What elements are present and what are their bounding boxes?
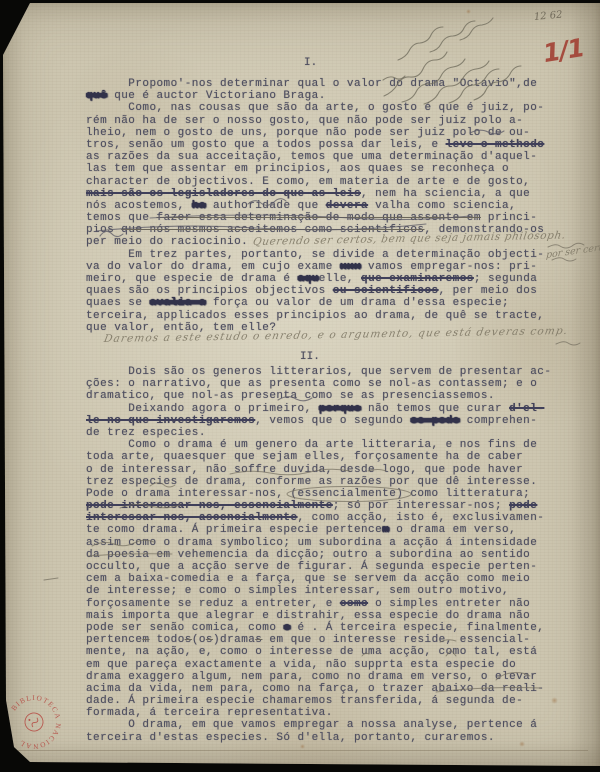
typed-text: rém não ha de ser o nosso gosto, que não…	[86, 115, 523, 127]
typed-text: per meio do raciocinio.	[86, 236, 248, 248]
typed-text: Dois são os generos litterarios, que ser…	[86, 366, 551, 378]
typed-text: te como drama. Á primeira especie perten…	[86, 524, 382, 536]
typed-text: dramatico, que nol-as presenta como se a…	[86, 390, 495, 402]
typed-line: assim como o drama symbolico; um subordi…	[86, 537, 566, 549]
typed-line: Como, nas cousas que são da arte, o gost…	[86, 102, 566, 114]
typed-line: Pode o drama interessar-nos, (essencialm…	[86, 488, 566, 500]
typed-text: toda arte, quaesquer que sejam elles, fo…	[86, 451, 523, 463]
typed-text: dade. Á primeira especie chamaremos tran…	[86, 695, 523, 707]
typed-line: pode interessar-nos, essencialmente; só …	[86, 500, 566, 512]
typed-text: formada, á terceira representativa.	[86, 707, 333, 719]
typed-line: te como drama. Á primeira especie perten…	[86, 524, 566, 536]
typed-line: forçosamente se reduz a entreter, e como…	[86, 598, 566, 610]
typed-text: meiro, que especie de drama é	[86, 273, 298, 285]
typed-line: rém não ha de ser o nosso gosto, que não…	[86, 115, 566, 127]
typed-line: acima da vida, nem para, como na farça, …	[86, 683, 566, 695]
typed-line: Em trez partes, portanto, se divide a de…	[86, 249, 566, 261]
typed-text: ; segunda	[474, 273, 537, 285]
fold-line	[10, 750, 588, 751]
typed-text: em que o interesse reside, essencial-	[262, 634, 530, 646]
typed-text: , vemos que o segundo	[255, 415, 410, 427]
typed-line: cem a baixa-comedia e a farça, que se se…	[86, 573, 566, 585]
typed-text: va do valor do drama, em cujo exame	[86, 261, 340, 273]
typed-line: Deixando agora o primeiro, porque não te…	[86, 403, 566, 415]
struck-text: le no que investigaremos	[86, 415, 255, 427]
typed-line: nós acostemos, ha authoridade que devera…	[86, 200, 566, 212]
typed-text: pios	[86, 224, 121, 236]
struck-text: que examinaremos	[361, 273, 474, 285]
typed-line: mais são os legisladores do que as leis,…	[86, 188, 566, 200]
overtyped-blot: porque	[319, 403, 361, 415]
typed-text: em que pareça exactamente a vida, não su…	[86, 659, 516, 671]
typed-line: as razões da sua acceitação, temos que u…	[86, 151, 566, 163]
typed-text: quaes são os principios objectivos	[86, 285, 333, 297]
typed-line: interessar-nos, ascencialmente, como acç…	[86, 512, 566, 524]
typed-text: mais importa que alegrar e distrahir, es…	[86, 610, 530, 622]
overtyped-blot: ha	[192, 200, 206, 212]
overtyped-blot: avalia a	[149, 297, 205, 309]
overtyped-blot: aqu	[298, 273, 319, 285]
overtyped-blot: xxx	[340, 261, 361, 273]
struck-text: como	[340, 598, 368, 610]
struck-text: fazer essa determinação de modo que asse…	[157, 212, 481, 224]
typed-text: nós acostemos,	[86, 200, 192, 212]
typed-line: de interesse; e como o simples interessa…	[86, 585, 566, 597]
typed-line: Dois são os generos litterarios, que ser…	[86, 366, 566, 378]
typed-text: pode ser senão comica, como	[86, 622, 283, 634]
typed-text: lheio, nem o gosto de uns, porque não po…	[86, 127, 530, 139]
typed-text: comprehen-	[460, 415, 538, 427]
page-mark-handwritten: 1/1	[541, 33, 586, 68]
scanned-manuscript-page: { "document": { "heading_i": "I.", "head…	[0, 0, 600, 772]
typed-line: ções: o narrativo, que as presenta como …	[86, 378, 566, 390]
typed-line: quaes se avalia a força ou valor de um d…	[86, 297, 566, 309]
typed-text: acima da vida, nem para, como na farça, …	[86, 683, 544, 695]
typed-line: temos que fazer essa determinação de mod…	[86, 212, 566, 224]
typed-text: pertence	[86, 634, 142, 646]
typed-text: todo	[149, 634, 184, 646]
typed-line: occulto, que a acção serve de figurar. Á…	[86, 561, 566, 573]
typed-line: meiro, que especie de drama é aquelle, q…	[86, 273, 566, 285]
typed-line: tros, senão um gosto que a todos possa d…	[86, 139, 566, 151]
typed-line: mente, na ação, e, como o interesse de u…	[86, 646, 566, 658]
typed-text: de trez especies.	[86, 427, 206, 439]
typed-line: de trez especies.	[86, 427, 566, 439]
typed-line: terceira d'estas especies. Só d'ella, po…	[86, 732, 566, 744]
typed-text: Em trez partes, portanto, se divide a de…	[86, 249, 544, 261]
typed-text: temos que	[86, 212, 157, 224]
struck-text: leve o methodo	[446, 139, 545, 151]
typed-line: quê que é auctor Victoriano Braga.	[86, 90, 566, 102]
typed-line: Propomo'-nos determinar qual o valor do …	[86, 78, 566, 90]
typed-text: terceira d'estas especies. Só d'ella, po…	[86, 732, 495, 744]
typed-text: assim como o drama symbolico; um subordi…	[86, 537, 537, 549]
typed-text: as razões da sua acceitação, temos que u…	[86, 151, 537, 163]
typed-text: da poesia em vehemencia da dicção; outro…	[86, 549, 530, 561]
typed-line: em que pareça exactamente a vida, não su…	[86, 659, 566, 671]
section-heading-i: I.	[304, 57, 317, 69]
typed-line: trez especies de drama, conforme as razõ…	[86, 476, 566, 488]
typed-text: Deixando agora o primeiro,	[86, 403, 319, 415]
typed-text: mente, na ação, e, como o interesse de u…	[86, 646, 537, 658]
typed-line: da poesia em vehemencia da dicção; outro…	[86, 549, 566, 561]
typed-line: pode ser senão comica, como o é . Á terc…	[86, 622, 566, 634]
typed-line: formada, á terceira representativa.	[86, 707, 566, 719]
typed-text: de interesse; e como o simples interessa…	[86, 585, 509, 597]
typed-text: , nem ha sciencia, a que	[361, 188, 530, 200]
struck-text: s	[185, 634, 192, 646]
typed-text: O drama, em que vamos empregar a nossa a…	[86, 719, 537, 731]
typed-text: vamos empregar-nos: pri-	[361, 261, 537, 273]
typed-text: princi-	[481, 212, 537, 224]
typed-line: lheio, nem o gosto de uns, porque não po…	[86, 127, 566, 139]
typed-text: , per meio dos	[439, 285, 538, 297]
typed-line: toda arte, quaesquer que sejam elles, fo…	[86, 451, 566, 463]
typed-text: terceira, applicados esses principios ao…	[86, 310, 544, 322]
typed-line: va do valor do drama, em cujo exame xxx …	[86, 261, 566, 273]
overtyped-blot: o	[283, 622, 290, 634]
struck-text: d'el-	[509, 403, 544, 415]
typed-text: trez especies de drama, conforme as razõ…	[86, 476, 537, 488]
struck-text: s	[206, 634, 213, 646]
typed-line: mais importa que alegrar e distrahir, es…	[86, 610, 566, 622]
typed-text: las tem que assentar em principios, aos …	[86, 163, 509, 175]
typed-text: elle,	[319, 273, 361, 285]
typed-line: dade. Á primeira especie chamaremos tran…	[86, 695, 566, 707]
typed-text: é . Á terceira especie, finalmente,	[291, 622, 545, 634]
struck-text: pode	[509, 500, 537, 512]
typed-line: pertencem todos(os)dramas em que o inter…	[86, 634, 566, 646]
typed-line: Como o drama é um genero da arte littera…	[86, 439, 566, 451]
typed-text: , como acção, isto é, exclusivamen-	[298, 512, 545, 524]
typed-text: valha como sciencia,	[368, 200, 516, 212]
foxing-spot	[466, 9, 471, 14]
typed-text: (o	[192, 634, 206, 646]
typed-text: occulto, que a acção serve de figurar. Á…	[86, 561, 537, 573]
struck-text: pode interessar-nos, essencialmente	[86, 500, 333, 512]
typed-text: character de objectivos. E como, em mate…	[86, 176, 530, 188]
struck-text: mais são os legisladores do que as leis	[86, 188, 361, 200]
typed-text: Como, nas cousas que são da arte, o gost…	[86, 102, 544, 114]
typed-text: Como o drama é um genero da arte littera…	[86, 439, 537, 451]
foxing-spot	[300, 744, 305, 749]
struck-text: devera	[326, 200, 368, 212]
typed-text: quaes se	[86, 297, 149, 309]
typed-line: le no que investigaremos, vemos que o se…	[86, 415, 566, 427]
typed-line: O drama, em que vamos empregar a nossa a…	[86, 719, 566, 731]
typed-line: character de objectivos. E como, em mate…	[86, 176, 566, 188]
typed-line: quaes são os principios objectivos ou sc…	[86, 285, 566, 297]
typed-text: ; só por interessar-nos;	[333, 500, 509, 512]
typed-text-section-2: Dois são os generos litterarios, que ser…	[86, 366, 566, 744]
typed-text: não temos que curar	[361, 403, 509, 415]
typed-text: drama exaggero algum, nem para, como no …	[86, 671, 537, 683]
typed-text: o simples entreter não	[368, 598, 530, 610]
struck-text: interessar-nos, ascencialmente	[86, 512, 298, 524]
corner-pencil-number: 12 62	[534, 10, 563, 23]
typed-text: o de interessar, não soffre duvida, desd…	[86, 464, 523, 476]
section-heading-ii: II.	[300, 351, 320, 363]
overtyped-blot: se pode	[410, 415, 459, 427]
paper-sheet: I. Propomo'-nos determinar qual o valor …	[0, 0, 600, 772]
typed-text: que é auctor Victoriano Braga.	[107, 90, 326, 102]
typed-text: tros, senão um gosto que a todos possa d…	[86, 139, 446, 151]
typed-text-section-1: Propomo'-nos determinar qual o valor do …	[86, 78, 566, 334]
library-stamp: BIBLIOTECA NACIONAL	[0, 680, 76, 764]
typed-text: authoridade que	[206, 200, 326, 212]
overtyped-blot: quê	[86, 90, 107, 102]
typed-text: o drama em verso,	[389, 524, 516, 536]
typed-text: Pode o drama interessar-nos, (essencialm…	[86, 488, 530, 500]
typed-text: )drama	[213, 634, 255, 646]
typed-text: forçosamente se reduz a entreter, e	[86, 598, 340, 610]
typed-line: terceira, applicados esses principios ao…	[86, 310, 566, 322]
typed-line: drama exaggero algum, nem para, como no …	[86, 671, 566, 683]
typed-text: ções: o narrativo, que as presenta como …	[86, 378, 537, 390]
struck-text: ou scientificos	[333, 285, 439, 297]
typed-line: dramatico, que nol-as presenta como se a…	[86, 390, 566, 402]
typed-text: força ou valor de um drama d'essa especi…	[206, 297, 509, 309]
typed-line: las tem que assentar em principios, aos …	[86, 163, 566, 175]
typed-text: cem a baixa-comedia e a farça, que se se…	[86, 573, 530, 585]
typed-line: o de interessar, não soffre duvida, desd…	[86, 464, 566, 476]
typed-text: Propomo'-nos determinar qual o valor do …	[86, 78, 537, 90]
